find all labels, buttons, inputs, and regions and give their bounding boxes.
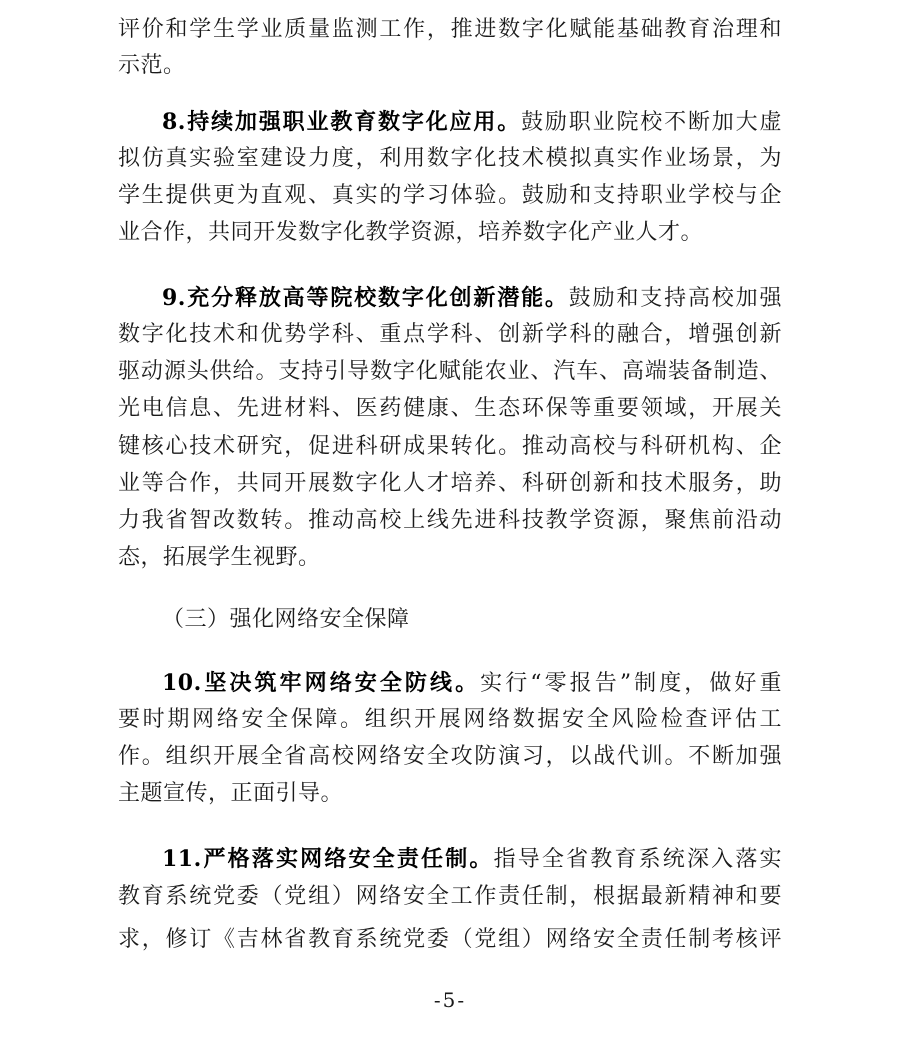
item-11-title: 11.严格落实网络安全责任制。 [162, 846, 494, 872]
paragraph-line: 主题宣传，正面引导。 [118, 776, 782, 812]
paragraph-line: 数字化技术和优势学科、重点学科、创新学科的融合，增强创新 [118, 317, 782, 353]
document-page: 评价和学生学业质量监测工作，推进数字化赋能基础教育治理和 示范。 8.持续加强职… [0, 0, 900, 1038]
paragraph-line: 业等合作，共同开展数字化人才培养、科研创新和技术服务，助 [118, 466, 782, 502]
paragraph-line: 作。组织开展全省高校网络安全攻防演习，以战代训。不断加强 [118, 739, 782, 775]
item-8-heading-line: 8.持续加强职业教育数字化应用。鼓励职业院校不断加大虚 [162, 104, 782, 140]
paragraph-line: 键核心技术研究，促进科研成果转化。推动高校与科研机构、企 [118, 429, 782, 465]
item-8-title: 8.持续加强职业教育数字化应用。 [162, 109, 521, 135]
paragraph-line: 拟仿真实验室建设力度，利用数字化技术模拟真实作业场景，为 [118, 141, 782, 177]
paragraph-line: 教育系统党委（党组）网络安全工作责任制，根据最新精神和要 [118, 879, 782, 915]
paragraph-line: 业合作，共同开发数字化教学资源，培养数字化产业人才。 [118, 215, 782, 251]
paragraph-line: 光电信息、先进材料、医药健康、生态环保等重要领域，开展关 [118, 391, 782, 427]
paragraph-line: 力我省智改数转。推动高校上线先进科技教学资源，聚焦前沿动 [118, 503, 782, 539]
page-number: -5- [0, 988, 900, 1012]
item-10-heading-line: 10.坚决筑牢网络安全防线。实行“零报告”制度，做好重 [162, 665, 782, 701]
paragraph-line: 驱动源头供给。支持引导数字化赋能农业、汽车、高端装备制造、 [118, 354, 782, 390]
paragraph-line: 态，拓展学生视野。 [118, 540, 782, 576]
item-9-text: 鼓励和支持高校加强 [569, 286, 782, 311]
paragraph-line: 学生提供更为直观、真实的学习体验。鼓励和支持职业学校与企 [118, 178, 782, 214]
paragraph-line: 求，修订《吉林省教育系统党委（党组）网络安全责任制考核评 [118, 922, 782, 958]
item-10-title: 10.坚决筑牢网络安全防线。 [162, 670, 480, 696]
item-8-text: 鼓励职业院校不断加大虚 [521, 110, 782, 135]
item-10-text: 实行“零报告”制度，做好重 [480, 671, 782, 696]
paragraph-line: 示范。 [118, 48, 782, 84]
paragraph-line: 要时期网络安全保障。组织开展网络数据安全风险检查评估工 [118, 702, 782, 738]
item-9-heading-line: 9.充分释放高等院校数字化创新潜能。鼓励和支持高校加强 [162, 280, 782, 316]
item-11-text: 指导全省教育系统深入落实 [494, 847, 782, 872]
item-9-title: 9.充分释放高等院校数字化创新潜能。 [162, 285, 569, 311]
item-11-heading-line: 11.严格落实网络安全责任制。指导全省教育系统深入落实 [162, 841, 782, 877]
section-heading: （三）强化网络安全保障 [162, 602, 782, 638]
paragraph-line: 评价和学生学业质量监测工作，推进数字化赋能基础教育治理和 [118, 12, 782, 48]
